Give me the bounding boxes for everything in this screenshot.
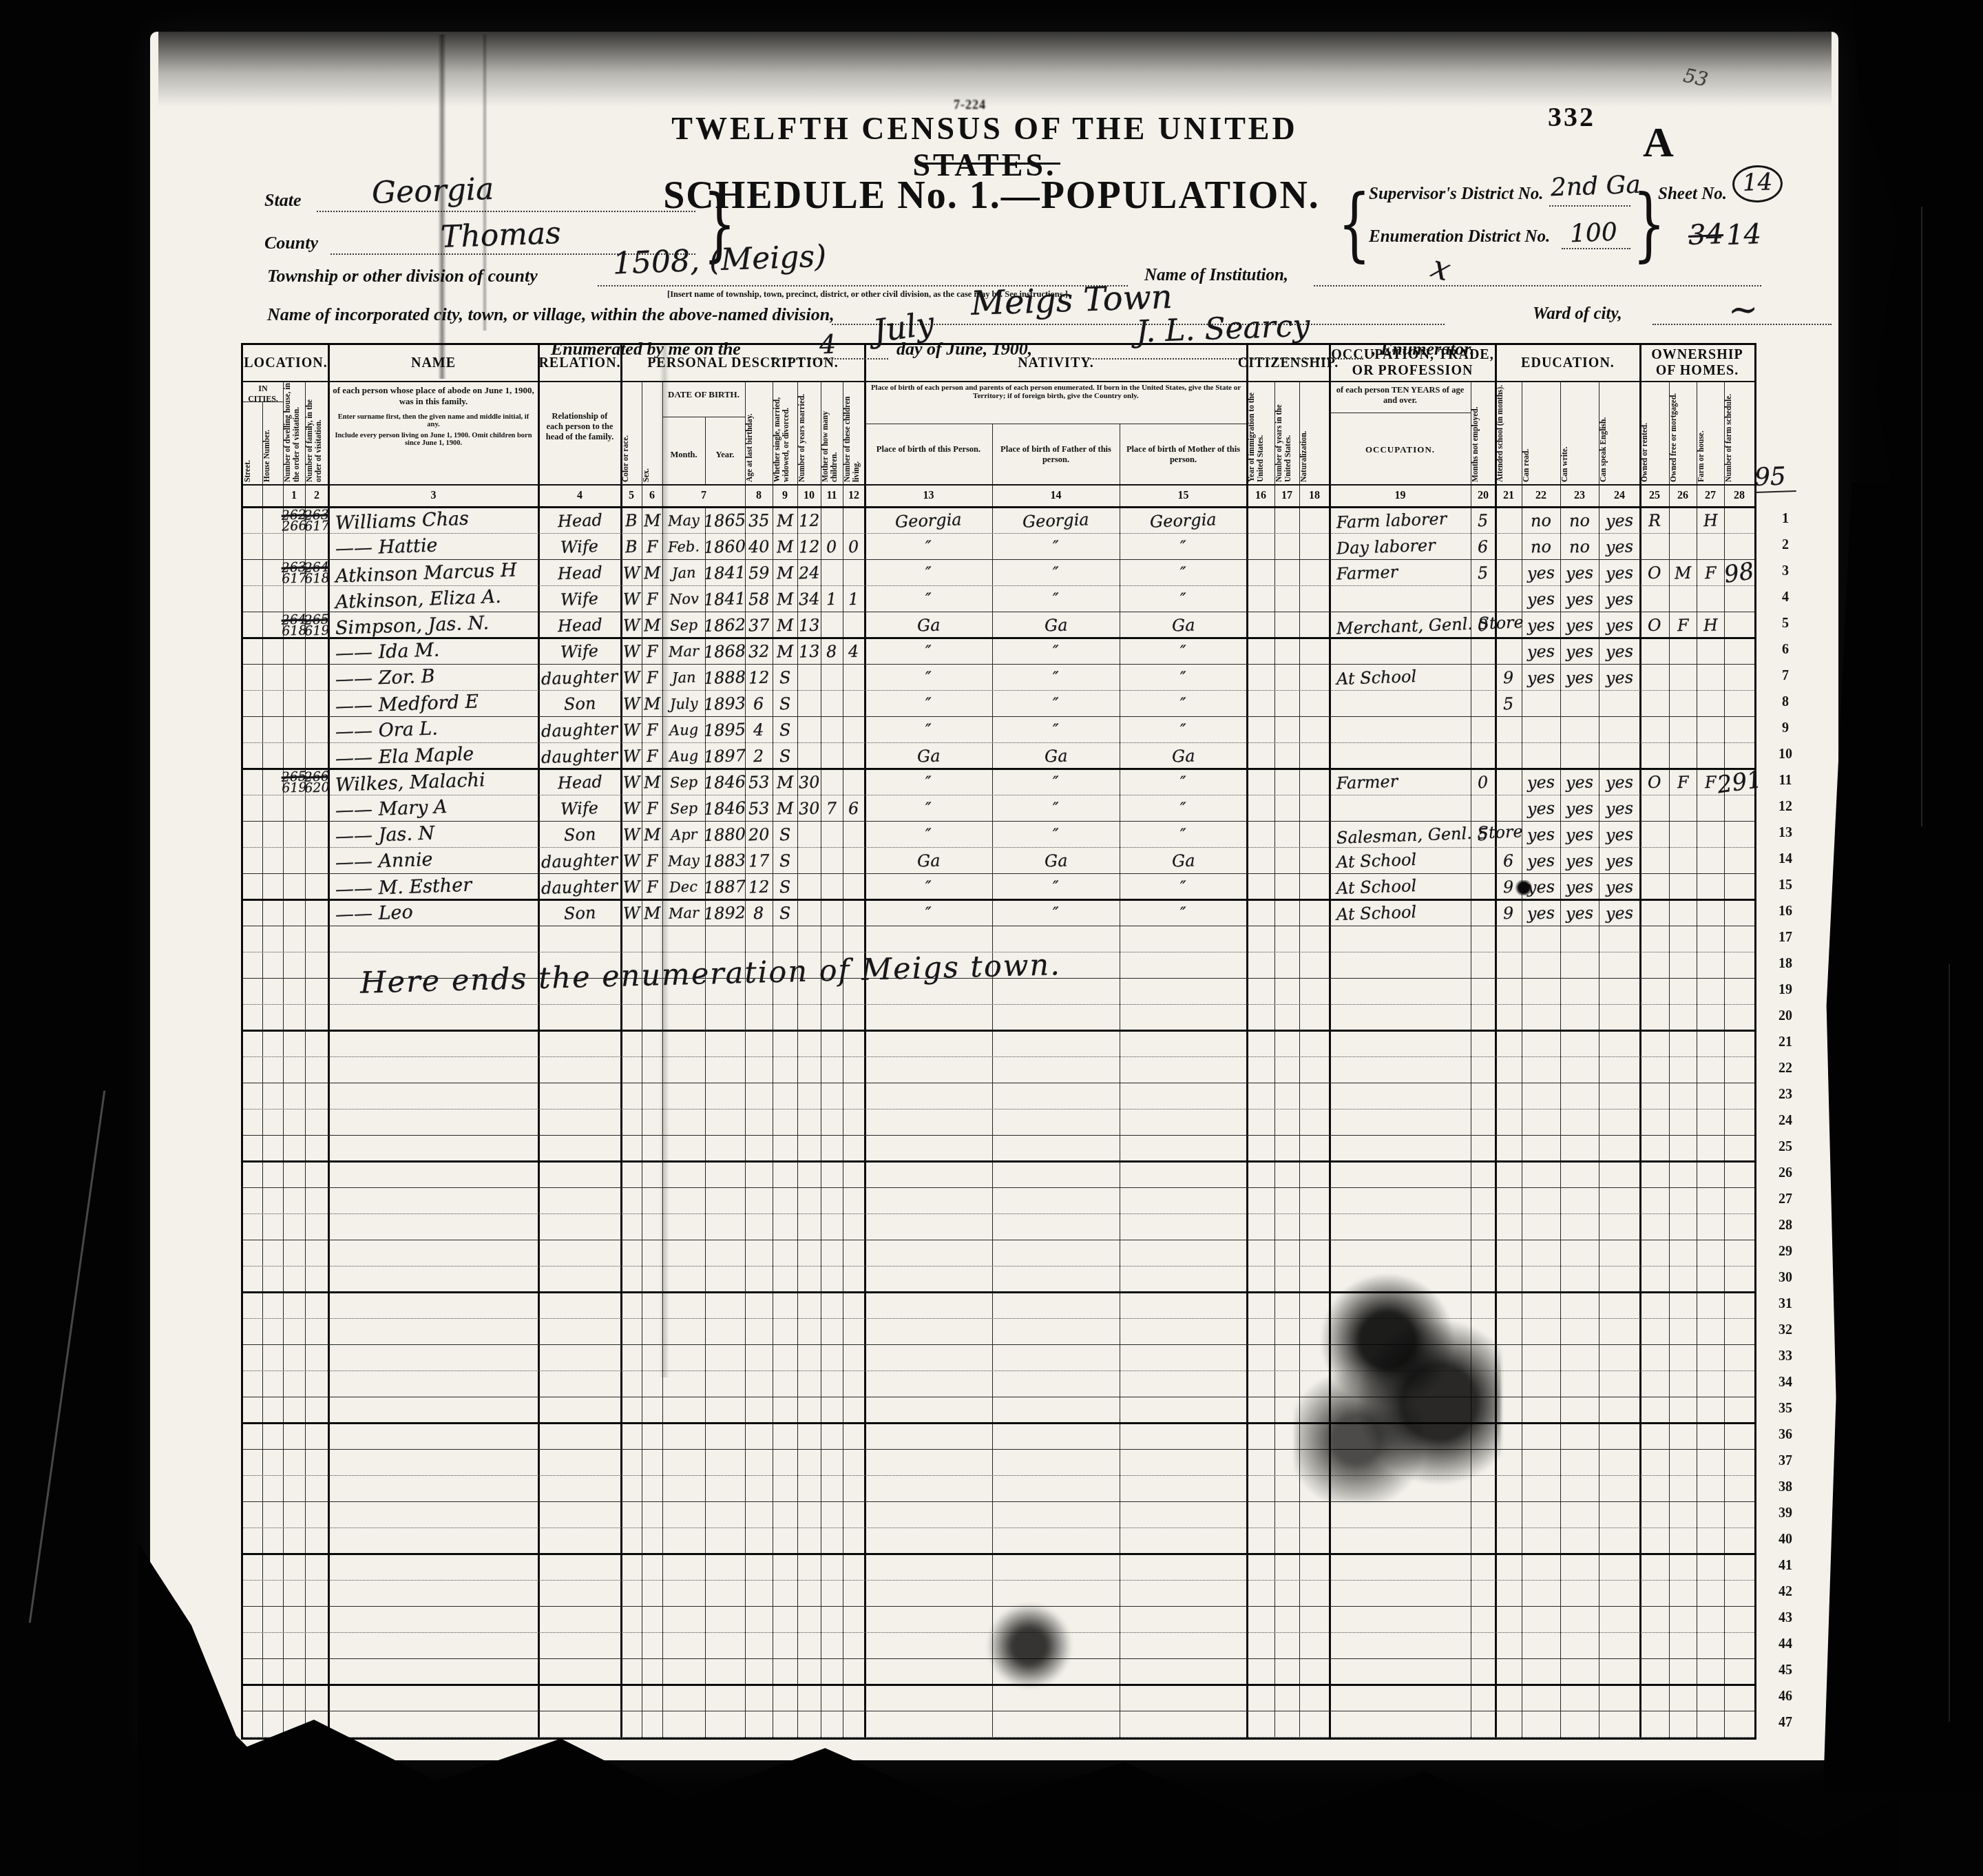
hand-value: S — [779, 668, 790, 688]
hand-value: 1841 — [704, 589, 746, 609]
cell-r4-bp: ″ — [865, 586, 992, 612]
hand-value: B — [625, 537, 638, 557]
hand-value: F — [646, 537, 658, 557]
grid-rowline — [243, 1528, 1754, 1529]
hand-value: yes — [1605, 798, 1633, 818]
hand-value: ″ — [925, 773, 932, 792]
cell-r13-months: 5 — [1471, 822, 1496, 848]
hand-value: —— Ela Maple — [335, 743, 474, 769]
grid-rowline — [243, 1004, 1754, 1005]
hand-value: Ga — [916, 851, 940, 871]
margin-row-number: 21 — [1771, 1029, 1800, 1055]
hand-value: W — [622, 747, 640, 767]
supervisor-line — [1549, 205, 1630, 207]
hand-value: 34 — [798, 589, 820, 609]
cell-r10-month: Aug — [662, 743, 705, 769]
hand-value: Jan — [671, 669, 695, 686]
margin-row-number: 42 — [1771, 1578, 1800, 1605]
hand-value: F — [1704, 773, 1717, 793]
hand-value: ″ — [1053, 825, 1060, 844]
hand-value: O — [1648, 563, 1662, 583]
margin-row-number: 18 — [1771, 950, 1800, 977]
hand-value: O — [1648, 616, 1662, 636]
cell-r14-occ: At School — [1330, 848, 1478, 874]
grid-rowline — [243, 1737, 1754, 1738]
cell-r15-rel: daughter — [538, 874, 621, 900]
margin-row-number: 46 — [1771, 1683, 1800, 1709]
cell-r5-marital: M — [773, 612, 797, 638]
hand-value: Ga — [1171, 615, 1195, 635]
hand-value: Farm laborer — [1336, 509, 1447, 532]
hand-value: W — [622, 799, 640, 819]
cell-r4-year: 1841 — [705, 586, 745, 612]
cell-r10-bm: Ga — [1120, 743, 1247, 769]
hand-value: F — [646, 668, 658, 688]
margin-row-number: 28 — [1771, 1212, 1800, 1238]
cell-r15-occ: At School — [1330, 874, 1478, 900]
margin-row-number: 5 — [1771, 610, 1800, 636]
grid-rowline — [243, 1501, 1754, 1503]
hand-value: 13 — [798, 615, 820, 635]
margin-row-number: 9 — [1771, 715, 1800, 741]
hand-value: Ga — [1044, 615, 1067, 635]
cell-r3-yrsmar: 24 — [797, 560, 821, 586]
cell-r6-yrsmar: 13 — [797, 638, 821, 665]
hand-value: 1846 — [704, 772, 746, 793]
grid-rowline — [243, 1553, 1754, 1555]
colnum-yrsmar: 10 — [797, 484, 821, 508]
colnum-mortg: 26 — [1669, 484, 1697, 508]
cell-r13-marital: S — [773, 822, 797, 848]
cell-r15-bp: ″ — [865, 874, 992, 900]
hand-value: ″ — [1053, 642, 1060, 661]
cell-r2-marital: M — [773, 534, 797, 560]
hand-value: yes — [1526, 851, 1555, 871]
hand-value: yes — [1605, 667, 1633, 687]
hand-value: Aug — [669, 747, 699, 764]
hand-value: yes — [1526, 563, 1555, 583]
colnum-age: 8 — [745, 484, 773, 508]
cell-r4-bm: ″ — [1120, 586, 1247, 612]
cell-r16-name: —— Leo — [328, 900, 545, 926]
cell-r6-sex: F — [642, 638, 662, 665]
colnum-marital: 9 — [773, 484, 797, 508]
cell-r9-marital: S — [773, 717, 797, 743]
hand-value: 1897 — [704, 746, 746, 767]
colhead-owned: Owned or rented. — [1640, 381, 1669, 484]
hand-value: ″ — [1180, 720, 1187, 740]
hand-value: yes — [1565, 615, 1593, 635]
cell-r13-month: Apr — [662, 822, 705, 848]
hand-value: ″ — [1053, 694, 1060, 713]
hand-value: ″ — [925, 642, 932, 661]
hand-value: F — [1704, 563, 1717, 583]
cell-r3-owned: O — [1640, 560, 1669, 586]
hand-value: ″ — [925, 590, 932, 609]
cell-r6-bp: ″ — [865, 638, 992, 665]
margin-row-number: 2 — [1771, 532, 1800, 558]
cell-r16-bm: ″ — [1120, 900, 1247, 926]
colhead-year: Year. — [705, 450, 745, 477]
hand-value: ″ — [925, 537, 932, 556]
cell-r1-dw: 262266 — [283, 508, 305, 534]
cell-r1-english: yes — [1599, 508, 1640, 534]
hand-value: W — [622, 877, 640, 897]
margin-row-number: 43 — [1771, 1605, 1800, 1631]
colhead-immig: Year of immigration to the United States… — [1247, 381, 1274, 484]
grid-rowline — [243, 1397, 1754, 1398]
cell-r12-mother: 7 — [821, 795, 843, 822]
margin-row-number: 20 — [1771, 1003, 1800, 1029]
cell-r12-bp: ″ — [865, 795, 992, 822]
cell-r10-age: 2 — [745, 743, 773, 769]
cell-r7-name: —— Zor. B — [328, 665, 545, 691]
grid-hline — [865, 424, 1247, 424]
hand-value: F — [646, 642, 658, 662]
cell-r12-name: —— Mary A — [328, 795, 545, 822]
cell-r2-sex: F — [642, 534, 662, 560]
cell-r11-name: Wilkes, Malachi — [328, 769, 545, 795]
hand-value: —— Medford E — [335, 691, 479, 717]
colnum-owned: 25 — [1640, 484, 1669, 508]
margin-row-number: 1 — [1771, 506, 1800, 532]
hand-value: Wife — [560, 589, 599, 609]
cell-r7-school: 9 — [1496, 665, 1522, 691]
hand-value: M — [776, 511, 794, 531]
hand-value: 4 — [848, 642, 859, 662]
cell-r11-bm: ″ — [1120, 769, 1247, 795]
cell-r12-month: Sep — [662, 795, 705, 822]
cell-r6-year: 1868 — [705, 638, 745, 665]
margin-row-number: 23 — [1771, 1081, 1800, 1107]
colhead-natz: Naturalization. — [1299, 381, 1330, 484]
hand-value: M — [643, 904, 661, 924]
hand-value: ″ — [925, 668, 932, 687]
cell-r3-color: W — [621, 560, 642, 586]
margin-row-number: 44 — [1771, 1631, 1800, 1657]
cell-r6-write: yes — [1560, 638, 1599, 665]
cell-r11-age: 53 — [745, 769, 773, 795]
colhead-mother: Mother of how many children. — [821, 381, 843, 484]
cell-r5-bm: Ga — [1120, 612, 1247, 638]
colhead-rel: Relationship of each person to the head … — [543, 411, 617, 466]
hand-value: W — [622, 851, 640, 871]
hand-value: 291 — [1715, 766, 1763, 800]
cell-r14-english: yes — [1599, 848, 1640, 874]
cell-r5-occ: Merchant, Genl. Store — [1330, 612, 1478, 638]
cell-r4-english: yes — [1599, 586, 1640, 612]
cell-r6-name: —— Ida M. — [328, 638, 545, 665]
cell-r2-bm: ″ — [1120, 534, 1247, 560]
name-note-2: Include every person living on June 1, 1… — [333, 432, 534, 447]
hand-value: —— M. Esther — [335, 874, 472, 900]
cell-r16-school: 9 — [1496, 900, 1522, 926]
hand-value: 1892 — [704, 903, 746, 924]
hand-value: yes — [1605, 824, 1633, 844]
cell-r1-owned: R — [1640, 508, 1669, 534]
hand-value: yes — [1565, 851, 1593, 871]
hand-value: Georgia — [1022, 510, 1090, 531]
enum-district-line — [1562, 248, 1630, 249]
cell-r6-mother: 8 — [821, 638, 843, 665]
cell-r7-sex: F — [642, 665, 662, 691]
hand-value: R — [1648, 511, 1661, 531]
hand-value: ″ — [1180, 642, 1187, 661]
hand-value: yes — [1526, 772, 1555, 792]
cell-r4-marital: M — [773, 586, 797, 612]
cell-r9-bp: ″ — [865, 717, 992, 743]
hand-value: 12 — [748, 667, 770, 687]
hand-value: ″ — [925, 720, 932, 740]
cell-r5-months: 0 — [1471, 612, 1496, 638]
hand-value: M — [643, 773, 661, 793]
hand-value: F — [646, 590, 658, 609]
hand-value: M — [643, 616, 661, 636]
cell-r16-sex: M — [642, 900, 662, 926]
cell-r8-sex: M — [642, 691, 662, 717]
colhead-living: Number of these children living. — [843, 381, 865, 484]
hand-value: yes — [1565, 589, 1593, 609]
cell-r14-bm: Ga — [1120, 848, 1247, 874]
margin-row-number: 11 — [1771, 767, 1800, 793]
hand-value: 9 — [1503, 904, 1514, 924]
cell-r11-bp: ″ — [865, 769, 992, 795]
cell-r12-living: 6 — [843, 795, 865, 822]
hand-value: 1880 — [704, 824, 746, 845]
cell-r4-month: Nov — [662, 586, 705, 612]
hand-value: 30 — [798, 772, 820, 792]
colhead-street: Street. — [243, 402, 262, 484]
colhead-english: Can speak English. — [1599, 381, 1640, 484]
margin-note-95: 95 — [1754, 462, 1796, 493]
grid-rowline — [243, 1684, 1754, 1686]
supervisor-district-value: 2nd Ga — [1550, 171, 1641, 202]
cell-r4-bf: ″ — [992, 586, 1120, 612]
hand-value: ″ — [1180, 537, 1187, 556]
cell-r5-dw: 264618 — [283, 612, 305, 638]
state-line — [317, 211, 695, 212]
corrected-value: 618 — [304, 572, 330, 584]
margin-row-number: 47 — [1771, 1709, 1800, 1736]
cell-r11-dw: 265619 — [283, 769, 305, 795]
hand-value: 1841 — [704, 563, 746, 583]
hand-value: ″ — [925, 877, 932, 897]
cell-r14-rel: daughter — [538, 848, 621, 874]
cell-r2-living: 0 — [843, 534, 865, 560]
cell-r4-read: yes — [1522, 586, 1560, 612]
cell-r10-name: —— Ela Maple — [328, 743, 545, 769]
cell-r14-age: 17 — [745, 848, 773, 874]
hand-value: W — [622, 590, 640, 609]
hand-value: M — [1674, 563, 1692, 583]
enumeration-district-label: Enumeration District No. — [1369, 227, 1550, 247]
grid-rowline — [243, 1422, 1754, 1424]
hand-value: 1 — [826, 590, 837, 609]
hand-value: Wife — [560, 536, 599, 557]
cell-r16-color: W — [621, 900, 642, 926]
hand-value: yes — [1565, 903, 1593, 923]
hand-value: daughter — [541, 850, 618, 872]
grid-rowline — [243, 1240, 1754, 1241]
cell-r12-year: 1846 — [705, 795, 745, 822]
group-ownership: OWNERSHIP OF HOMES. — [1640, 345, 1754, 381]
hand-value: M — [643, 825, 661, 845]
grid-rowline — [243, 1187, 1754, 1189]
cell-r4-rel: Wife — [538, 586, 621, 612]
hand-value: Atkinson, Eliza A. — [335, 585, 502, 612]
cell-r14-month: May — [662, 848, 705, 874]
colhead-read: Can read. — [1522, 381, 1560, 484]
corrected-value: 620 — [304, 782, 330, 793]
colnum-school: 21 — [1496, 484, 1522, 508]
state-value: Georgia — [371, 171, 494, 211]
grid-rowline — [243, 1370, 1754, 1372]
enumerator-signature: J. L. Searcy — [1135, 309, 1310, 350]
hand-value: S — [779, 877, 790, 897]
hand-value: ″ — [1180, 668, 1187, 687]
cell-r1-bm: Georgia — [1120, 508, 1247, 534]
cell-r16-english: yes — [1599, 900, 1640, 926]
cell-r4-yrsmar: 34 — [797, 586, 821, 612]
cell-r4-color: W — [621, 586, 642, 612]
hand-value: yes — [1605, 536, 1633, 556]
margin-row-number: 22 — [1771, 1055, 1800, 1081]
cell-r6-living: 4 — [843, 638, 865, 665]
cell-r4-mother: 1 — [821, 586, 843, 612]
hand-value: 35 — [748, 510, 770, 530]
colnum-house — [262, 484, 283, 508]
page-title: TWELFTH CENSUS OF THE UNITED STATES. — [606, 110, 1363, 183]
cell-r5-write: yes — [1560, 612, 1599, 638]
hand-value: 1 — [848, 590, 859, 609]
hand-value: yes — [1605, 510, 1633, 530]
colnum-months: 20 — [1471, 484, 1496, 508]
margin-row-number: 40 — [1771, 1526, 1800, 1552]
cell-r11-fam: 266620 — [305, 769, 328, 795]
margin-row-number: 14 — [1771, 846, 1800, 872]
cell-r1-bp: Georgia — [865, 508, 992, 534]
cell-r12-read: yes — [1522, 795, 1560, 822]
hand-value: —— Ida M. — [335, 639, 440, 664]
colnum-occ: 19 — [1330, 484, 1471, 508]
cell-r5-farm: H — [1697, 612, 1724, 638]
hand-value: Simpson, Jas. N. — [335, 612, 490, 639]
hand-value: Farmer — [1336, 771, 1398, 793]
cell-r14-write: yes — [1560, 848, 1599, 874]
enumeration-district-value: 100 — [1569, 218, 1617, 248]
hand-value: yes — [1605, 903, 1633, 923]
hand-value: Mar — [669, 643, 700, 660]
margin-row-number: 4 — [1771, 584, 1800, 610]
cell-r2-name: —— Hattie — [328, 534, 545, 560]
cell-r8-bf: ″ — [992, 691, 1120, 717]
cell-r8-school: 5 — [1496, 691, 1522, 717]
hand-value: M — [643, 694, 661, 714]
cell-r1-bf: Georgia — [992, 508, 1120, 534]
cell-r8-year: 1893 — [705, 691, 745, 717]
hand-value: yes — [1605, 615, 1633, 635]
hand-value: yes — [1605, 851, 1633, 871]
cell-r11-mortg: F — [1669, 769, 1697, 795]
cell-r3-months: 5 — [1471, 560, 1496, 586]
cell-r14-bp: Ga — [865, 848, 992, 874]
hand-value: yes — [1526, 615, 1555, 635]
cell-r2-read: no — [1522, 534, 1560, 560]
hand-value: W — [622, 694, 640, 714]
margin-row-number: 45 — [1771, 1657, 1800, 1683]
cell-r2-color: B — [621, 534, 642, 560]
cell-r12-yrsmar: 30 — [797, 795, 821, 822]
hand-value: Sep — [669, 773, 697, 791]
hand-value: 0 — [1478, 616, 1489, 636]
margin-row-number: 24 — [1771, 1107, 1800, 1134]
row-number-margin: 1234567891011121314151617181920212223242… — [1771, 506, 1800, 1736]
cell-r6-bm: ″ — [1120, 638, 1247, 665]
cell-r13-occ: Salesman, Genl. Store — [1330, 822, 1478, 848]
hand-value: no — [1569, 536, 1591, 556]
hand-value: 40 — [748, 536, 770, 556]
hand-value: 12 — [798, 536, 820, 556]
cell-r5-mortg: F — [1669, 612, 1697, 638]
township-value: 1508, (Meigs) — [612, 239, 827, 282]
cell-r3-year: 1841 — [705, 560, 745, 586]
colnum-farm: 27 — [1697, 484, 1724, 508]
state-label: State — [264, 190, 301, 211]
cell-r10-marital: S — [773, 743, 797, 769]
hand-value: Jan — [671, 564, 695, 581]
cell-r11-marital: M — [773, 769, 797, 795]
grid-rowline — [243, 1291, 1754, 1293]
colnum-sched: 28 — [1724, 484, 1754, 508]
cell-r16-bf: ″ — [992, 900, 1120, 926]
hand-value: 24 — [798, 563, 820, 583]
hand-value: yes — [1526, 877, 1555, 897]
margin-row-number: 3 — [1771, 558, 1800, 584]
hand-value: W — [622, 773, 640, 793]
cell-r4-name: Atkinson, Eliza A. — [328, 586, 545, 612]
cell-r13-bm: ″ — [1120, 822, 1247, 848]
margin-row-number: 36 — [1771, 1421, 1800, 1448]
torn-right-band — [1823, 482, 1983, 1791]
hand-value: 0 — [1478, 773, 1489, 793]
hand-value: ″ — [1180, 563, 1187, 583]
hand-value: yes — [1526, 903, 1555, 923]
cell-r1-yrsmar: 12 — [797, 508, 821, 534]
cell-r1-write: no — [1560, 508, 1599, 534]
cell-r10-sex: F — [642, 743, 662, 769]
cell-r5-month: Sep — [662, 612, 705, 638]
margin-row-number: 17 — [1771, 924, 1800, 950]
cell-r15-school: 9 — [1496, 874, 1522, 900]
hand-value: W — [622, 563, 640, 583]
colhead-school: Attended school (in months). — [1496, 381, 1522, 484]
cell-r1-fam: 263617 — [305, 508, 328, 534]
cell-r3-mortg: M — [1669, 560, 1697, 586]
cell-r5-age: 37 — [745, 612, 773, 638]
cell-r14-name: —— Annie — [328, 848, 545, 874]
hand-value: yes — [1605, 589, 1633, 609]
margin-row-number: 12 — [1771, 793, 1800, 820]
margin-row-number: 7 — [1771, 663, 1800, 689]
hand-value: —— Annie — [335, 848, 433, 873]
colnum-fam: 2 — [305, 484, 328, 508]
cell-r7-bf: ″ — [992, 665, 1120, 691]
cell-r3-fam: 264618 — [305, 560, 328, 586]
hand-value: S — [779, 825, 790, 845]
hand-value: ″ — [1053, 773, 1060, 792]
colnum-natz: 18 — [1299, 484, 1330, 508]
grid-rowline — [243, 1580, 1754, 1581]
